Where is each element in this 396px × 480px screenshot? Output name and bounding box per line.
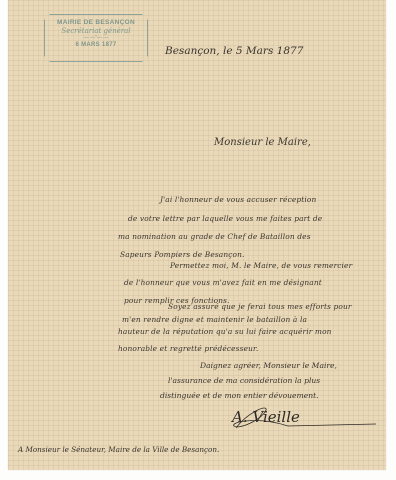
body-line: de l'honneur que vous m'avez fait en me …	[124, 279, 322, 286]
body-line: J'ai l'honneur de vous accuser réception	[160, 196, 316, 203]
body-line: hauteur de la réputation qu'a su lui fai…	[118, 328, 332, 335]
signature: A. Vieille	[232, 408, 300, 426]
mairie-stamp: MAIRIE DE BESANÇON Secrétariat général —…	[44, 14, 148, 62]
body-line: Sapeurs Pompiers de Besançon.	[120, 251, 245, 258]
stamp-line-2: Secrétariat général	[45, 27, 147, 35]
body-line: m'en rendre digne et maintenir le batail…	[122, 316, 307, 323]
body-line: Soyez assuré que je ferai tous mes effor…	[168, 303, 352, 310]
closing-line: Daignez agréer, Monsieur le Maire,	[200, 362, 337, 370]
addressee: A Monsieur le Sénateur, Maire de la Vill…	[18, 446, 219, 453]
closing-line: distinguée et de mon entier dévouement.	[160, 392, 319, 400]
body-line: ma nomination au grade de Chef de Batail…	[118, 233, 311, 240]
salutation: Monsieur le Maire,	[214, 138, 311, 148]
stamp-line-1: MAIRIE DE BESANÇON	[45, 19, 147, 26]
closing-line: l'assurance de ma considération la plus	[168, 377, 320, 385]
body-line: honorable et regretté prédécesseur.	[118, 345, 258, 352]
body-line: Permettez moi, M. le Maire, de vous reme…	[170, 262, 352, 269]
stamp-line-3: — —"— —	[45, 35, 147, 41]
stamp-date: 6 MARS 1877	[45, 42, 147, 48]
body-line: de votre lettre par laquelle vous me fai…	[128, 215, 322, 222]
place-and-date: Besançon, le 5 Mars 1877	[165, 46, 303, 57]
